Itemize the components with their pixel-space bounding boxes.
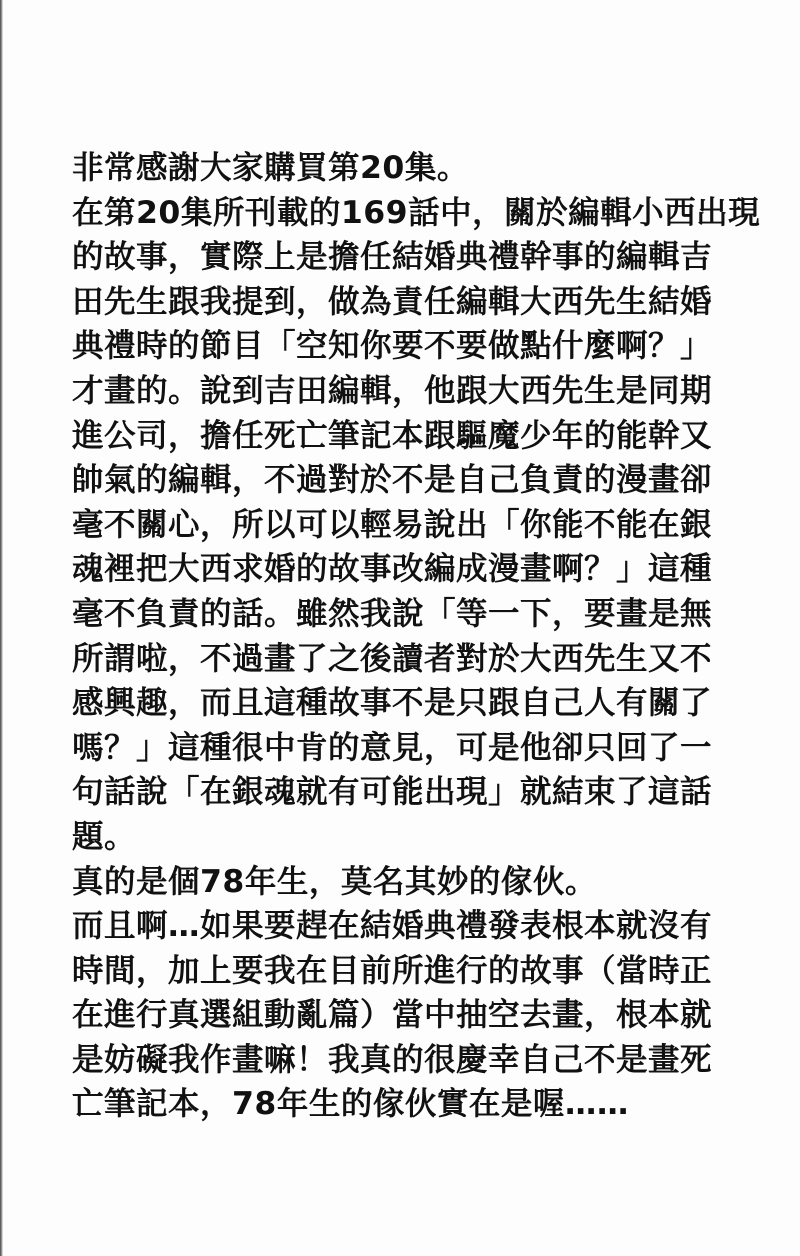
text-line: 真的是個78年生，莫名其妙的傢伙。 (72, 860, 752, 905)
text-line: 時間，加上要我在目前所進行的故事（當時正 (72, 949, 752, 994)
text-line: 亡筆記本，78年生的傢伙實在是喔…… (72, 1082, 752, 1127)
text-line: 的故事，實際上是擔任結婚典禮幹事的編輯吉 (72, 235, 752, 280)
text-line: 帥氣的編輯，不過對於不是自己負責的漫畫卻 (72, 458, 752, 503)
text-line: 在第20集所刊載的169話中，關於編輯小西出現 (72, 191, 752, 236)
afterword-text: 非常感謝大家購買第20集。 在第20集所刊載的169話中，關於編輯小西出現 的故… (72, 146, 752, 1127)
page-binding-edge (0, 0, 3, 1256)
text-line: 所謂啦，不過畫了之後讀者對於大西先生又不 (72, 637, 752, 682)
text-line: 毫不關心，所以可以輕易說出「你能不能在銀 (72, 503, 752, 548)
text-line: 進公司，擔任死亡筆記本跟驅魔少年的能幹又 (72, 414, 752, 459)
text-line: 典禮時的節目「空知你要不要做點什麼啊？」 (72, 324, 752, 369)
text-line: 在進行真選組動亂篇）當中抽空去畫，根本就 (72, 993, 752, 1038)
text-line: 田先生跟我提到，做為責任編輯大西先生結婚 (72, 280, 752, 325)
text-line: 才畫的。說到吉田編輯，他跟大西先生是同期 (72, 369, 752, 414)
text-line: 非常感謝大家購買第20集。 (72, 146, 752, 191)
text-line: 魂裡把大西求婚的故事改編成漫畫啊？」這種 (72, 547, 752, 592)
text-line: 感興趣，而且這種故事不是只跟自己人有關了 (72, 681, 752, 726)
text-line: 嗎？」這種很中肯的意見，可是他卻只回了一 (72, 726, 752, 771)
text-line: 題。 (72, 815, 752, 860)
text-line: 句話說「在銀魂就有可能出現」就結束了這話 (72, 770, 752, 815)
text-line: 而且啊…如果要趕在結婚典禮發表根本就沒有 (72, 904, 752, 949)
text-line: 毫不負責的話。雖然我說「等一下，要畫是無 (72, 592, 752, 637)
text-line: 是妨礙我作畫嘛！我真的很慶幸自己不是畫死 (72, 1038, 752, 1083)
